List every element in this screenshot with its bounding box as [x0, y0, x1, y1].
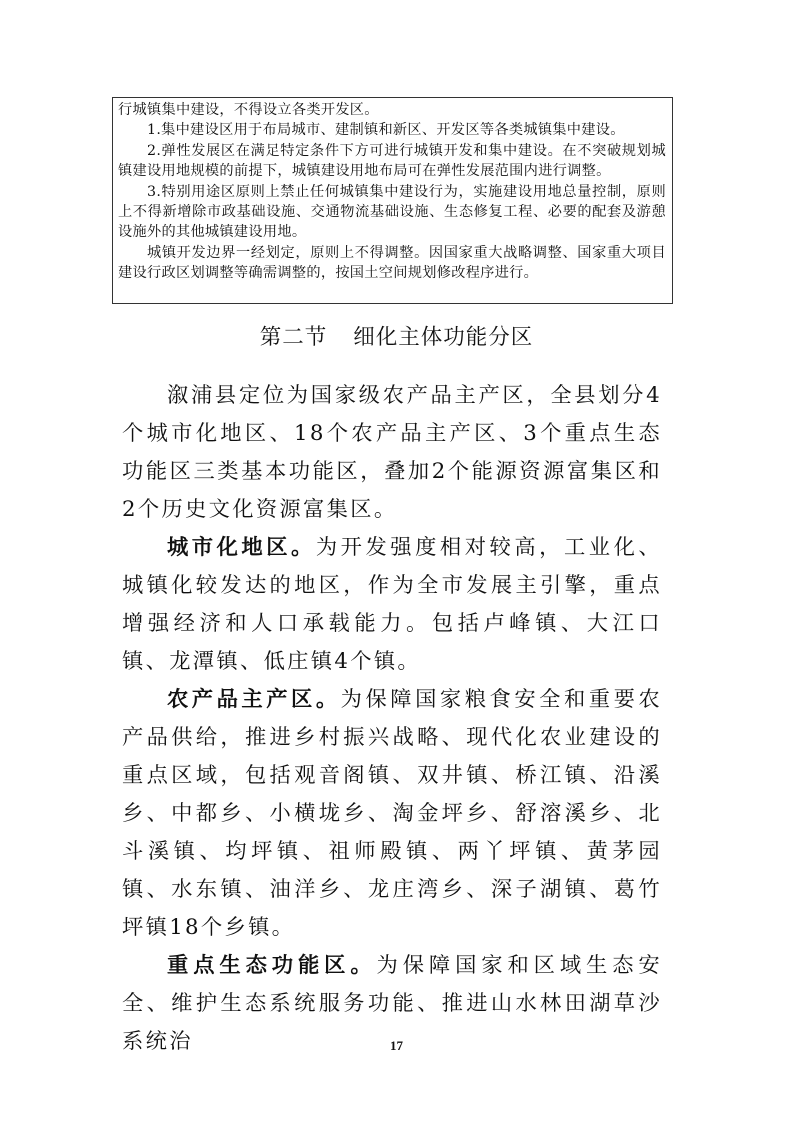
box-paragraph: 城镇开发边界一经划定，原则上不得调整。因国家重大战略调整、国家重大项目建设行政区… — [118, 243, 666, 284]
body-text: 溆浦县定位为国家级农产品主产区，全县划分4个城市化地区、18个农产品主产区、3个… — [122, 377, 662, 1061]
agri-text: 为保障国家粮食安全和重要农产品供给，推进乡村振兴战略、现代化农业建设的重点区域，… — [122, 687, 662, 940]
urban-term: 城市化地区。 — [167, 535, 316, 560]
eco-term: 重点生态功能区。 — [167, 953, 377, 978]
section-heading: 第二节细化主体功能分区 — [0, 320, 793, 351]
intro-paragraph: 溆浦县定位为国家级农产品主产区，全县划分4个城市化地区、18个农产品主产区、3个… — [122, 377, 662, 529]
urban-paragraph: 城市化地区。为开发强度相对较高，工业化、城镇化较发达的地区，作为全市发展主引擎，… — [122, 529, 662, 681]
agri-paragraph: 农产品主产区。为保障国家粮食安全和重要农产品供给，推进乡村振兴战略、现代化农业建… — [122, 681, 662, 947]
box-paragraph: 2.弹性发展区在满足特定条件下方可进行城镇开发和集中建设。在不突破规划城镇建设用… — [118, 141, 666, 182]
section-number: 第二节 — [260, 325, 328, 350]
box-paragraph: 3.特别用途区原则上禁止任何城镇集中建设行为，实施建设用地总量控制，原则上不得新… — [118, 182, 666, 243]
page-number: 17 — [0, 1038, 793, 1054]
section-title: 细化主体功能分区 — [353, 325, 533, 350]
box-paragraph: 1.集中建设区用于布局城市、建制镇和新区、开发区等各类城镇集中建设。 — [118, 120, 666, 140]
agri-term: 农产品主产区。 — [167, 687, 341, 712]
box-paragraph: 行城镇集中建设，不得设立各类开发区。 — [118, 100, 666, 120]
zoning-rules-box: 行城镇集中建设，不得设立各类开发区。 1.集中建设区用于布局城市、建制镇和新区、… — [112, 97, 673, 304]
